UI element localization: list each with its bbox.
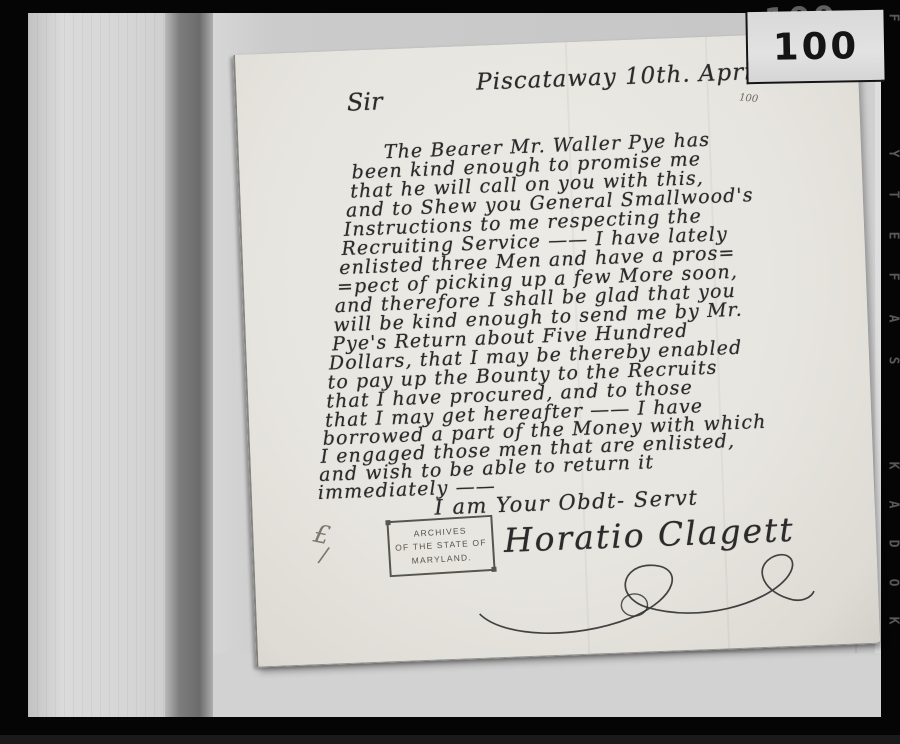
pencil-page-number: 100 [739, 92, 759, 105]
letter-salutation: Sir [346, 87, 383, 116]
letter-page: Piscataway 10th. April 1778 100 Sir The … [233, 31, 880, 668]
film-bottom-edge [0, 735, 900, 744]
page-gutter-shadow [165, 13, 213, 717]
microfilm-scan: Piscataway 10th. April 1778 100 Sir The … [0, 0, 900, 744]
film-edge-letter: K [885, 617, 900, 625]
film-edge-letter: A [885, 501, 900, 509]
film-edge-letter: Y [885, 150, 900, 158]
signature-flourish-icon [469, 545, 817, 646]
film-edge-letter: F [885, 14, 900, 22]
frame-number: 100 [772, 24, 859, 68]
film-edge-letter: E [885, 232, 900, 240]
archives-stamp: ARCHIVES OF THE STATE OF MARYLAND. [386, 515, 495, 577]
film-edge-letter: O [885, 579, 900, 587]
stamp-line-3: MARYLAND. [411, 551, 472, 568]
film-edge-letter: T [885, 191, 900, 199]
film-edge-letter: F [885, 273, 900, 281]
film-edge-letter: A [885, 315, 900, 323]
film-edge-letter: S [885, 357, 900, 365]
pencil-mark: £ / [314, 520, 330, 574]
film-strip-left [28, 13, 165, 717]
frame-number-card: 100 [745, 10, 884, 84]
film-edge-letter: K [885, 462, 900, 470]
film-edge-letter: D [885, 540, 900, 548]
